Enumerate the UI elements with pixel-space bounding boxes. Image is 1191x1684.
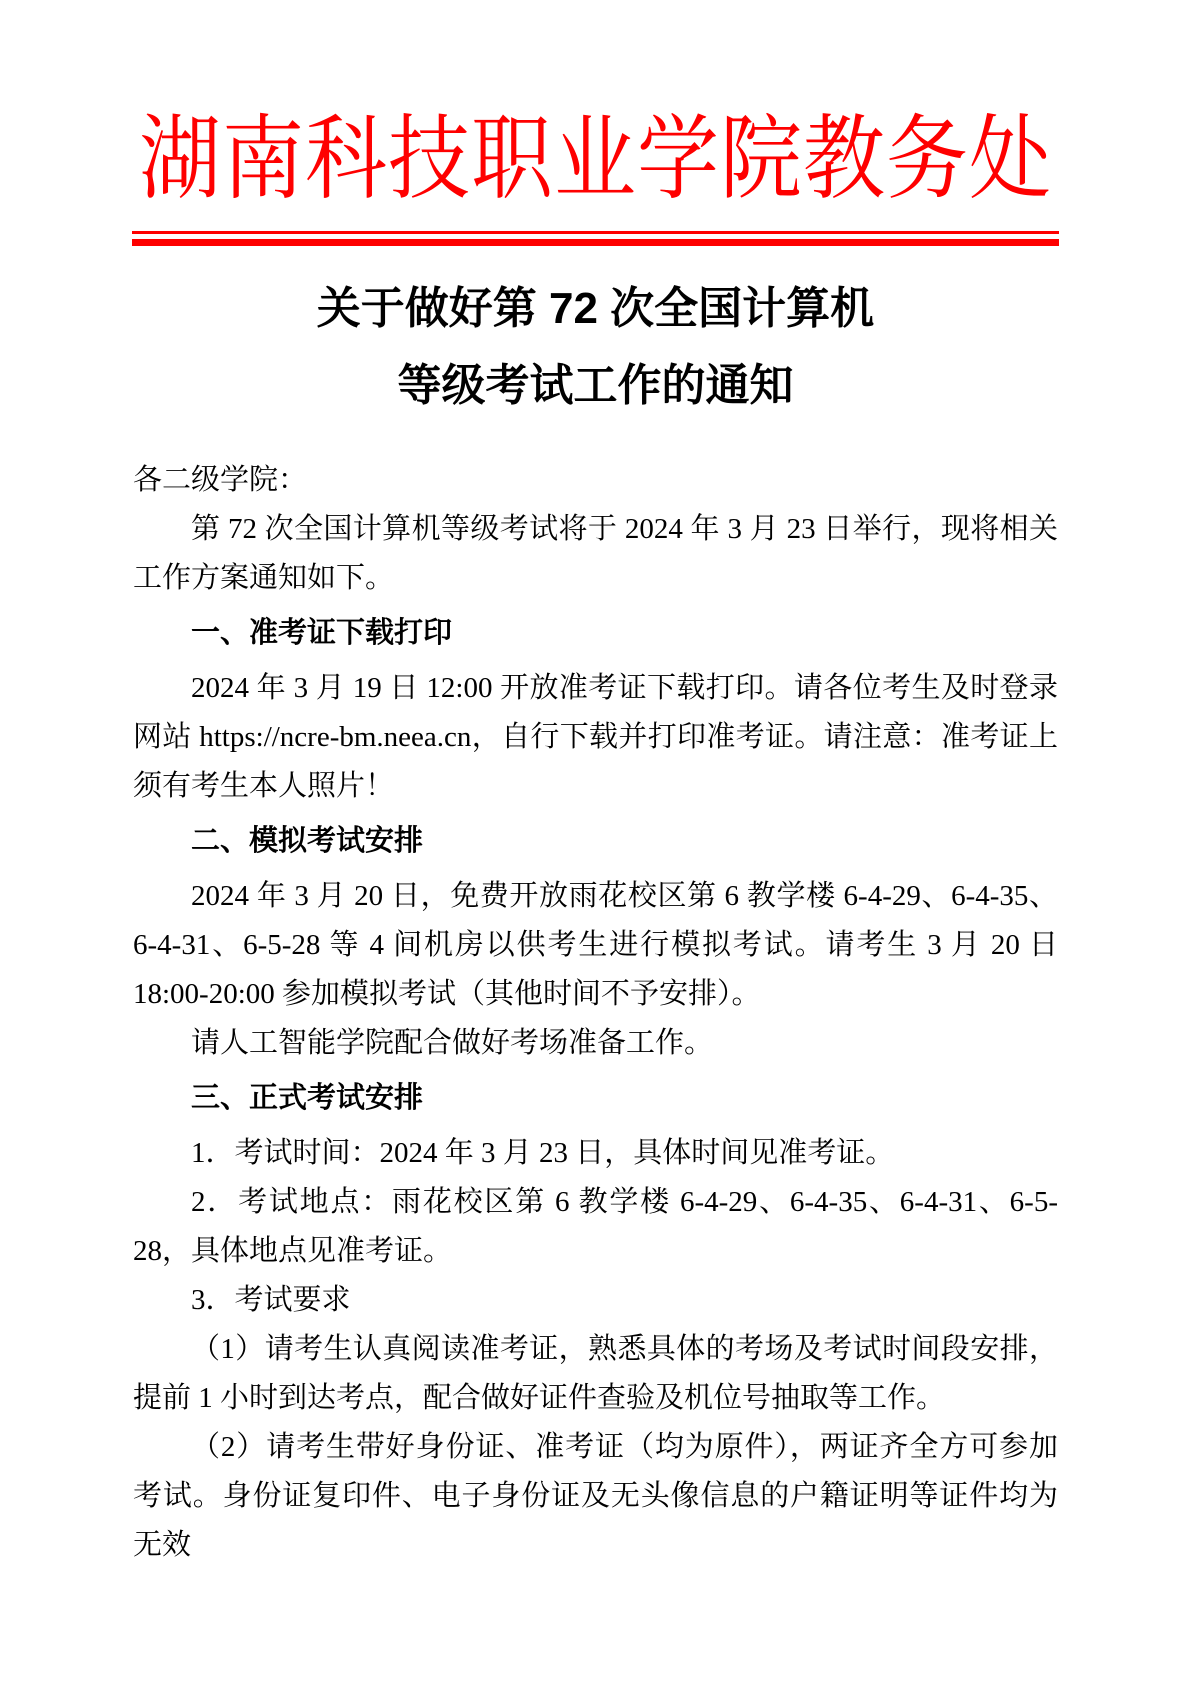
section-2-paragraph-2: 请人工智能学院配合做好考场准备工作。 [133, 1019, 1058, 1068]
letterhead-double-rule [132, 231, 1059, 246]
section-3-item-1-exam-time: 1．考试时间：2024 年 3 月 23 日，具体时间见准考证。 [133, 1129, 1058, 1178]
document-body: 各二级学院： 第 72 次全国计算机等级考试将于 2024 年 3 月 23 日… [133, 456, 1058, 1570]
requirement-2-paragraph: （2）请考生带好身份证、准考证（均为原件），两证齐全方可参加考试。身份证复印件、… [133, 1423, 1058, 1570]
section-2-paragraph-1: 2024 年 3 月 20 日，免费开放雨花校区第 6 教学楼 6-4-29、6… [133, 872, 1058, 1019]
document-title: 关于做好第 72 次全国计算机 等级考试工作的通知 [133, 270, 1058, 424]
section-heading-3: 三、正式考试安排 [133, 1074, 1058, 1123]
document-title-line-2: 等级考试工作的通知 [398, 361, 794, 410]
requirement-1-paragraph: （1）请考生认真阅读准考证，熟悉具体的考场及考试时间段安排，提前 1 小时到达考… [133, 1325, 1058, 1423]
document-page: 湖南科技职业学院教务处 关于做好第 72 次全国计算机 等级考试工作的通知 各二… [0, 0, 1191, 1684]
section-heading-1: 一、准考证下载打印 [133, 609, 1058, 658]
exam-website-url: https://ncre-bm.neea.cn [199, 721, 471, 753]
letterhead-title: 湖南科技职业学院教务处 [0, 106, 1191, 214]
section-1-paragraph: 2024 年 3 月 19 日 12:00 开放准考证下载打印。请各位考生及时登… [133, 664, 1058, 811]
intro-paragraph: 第 72 次全国计算机等级考试将于 2024 年 3 月 23 日举行，现将相关… [133, 505, 1058, 603]
section-3-item-3-exam-requirements: 3．考试要求 [133, 1276, 1058, 1325]
salutation: 各二级学院： [133, 456, 1058, 505]
section-3-item-2-exam-location: 2．考试地点：雨花校区第 6 教学楼 6-4-29、6-4-35、6-4-31、… [133, 1178, 1058, 1276]
section-heading-2: 二、模拟考试安排 [133, 817, 1058, 866]
document-title-line-1: 关于做好第 72 次全国计算机 [317, 284, 874, 333]
document-header: 湖南科技职业学院教务处 [0, 118, 1191, 246]
